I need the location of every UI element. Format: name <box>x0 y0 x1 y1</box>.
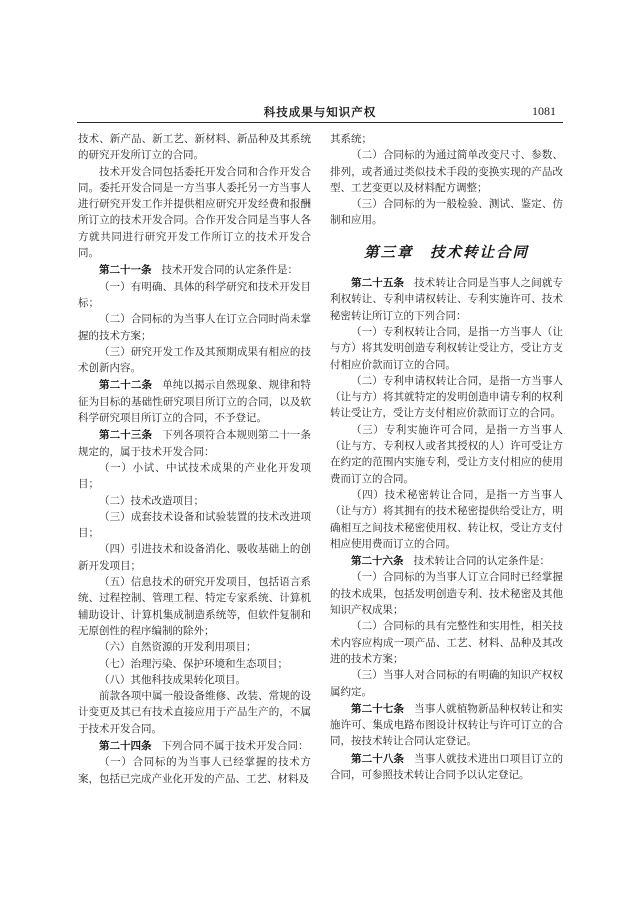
article-paragraph: 第二十六条技术转让合同的认定条件是： <box>330 553 563 570</box>
article-number: 第二十一条 <box>99 264 152 276</box>
body-paragraph: （一）有明确、具体的科学研究和技术开发目标； <box>78 280 311 313</box>
body-paragraph: （七）治理污染、保护环境和生态项目； <box>78 657 311 673</box>
body-paragraph: （二）合同标的为通过简单改变尺寸、参数、排列，或者通过类似技术手段的变换实现的产… <box>330 148 563 197</box>
article-number: 第二十二条 <box>99 379 152 391</box>
body-paragraph: 技术、新产品、新工艺、新材料、新品种及其系统的研究开发所订立的合同。 <box>78 132 311 165</box>
body-paragraph: （二）合同标的具有完整性和实用性，相关技术内容应构成一项产品、工艺、材料、品种及… <box>330 619 563 668</box>
article-number: 第二十八条 <box>351 753 404 765</box>
body-paragraph: （四）引进技术和设备消化、吸收基础上的创新开发项目； <box>78 542 311 575</box>
left-text-column: 技术、新产品、新工艺、新材料、新品种及其系统的研究开发所订立的合同。技术开发合同… <box>78 132 311 788</box>
article-paragraph: 第二十四条下列合同不属于技术开发合同： <box>78 738 311 755</box>
body-paragraph: （四）技术秘密转让合同，是指一方当事人（让与方）将其拥有的技术秘密提供给受让方，… <box>330 488 563 553</box>
book-page: 科技成果与知识产权 1081 技术、新产品、新工艺、新材料、新品种及其系统的研究… <box>0 0 640 906</box>
body-paragraph: （二）技术改造项目； <box>78 494 311 510</box>
body-paragraph: （一）小试、中试技术成果的产业化开发项目； <box>78 461 311 494</box>
article-number: 第二十六条 <box>351 555 404 567</box>
right-text-column: 其系统；（二）合同标的为通过简单改变尺寸、参数、排列，或者通过类似技术手段的变换… <box>330 132 563 784</box>
article-number: 第二十七条 <box>351 703 404 715</box>
article-paragraph: 第二十一条技术开发合同的认定条件是： <box>78 262 311 279</box>
body-paragraph: （五）信息技术的研究开发项目，包括语言系统、过程控制、管理工程、特定专家系统、计… <box>78 575 311 640</box>
article-paragraph: 第二十五条技术转让合同是当事人之间就专利权转让、专利申请权转让、专利实施许可、技… <box>330 275 563 325</box>
body-paragraph: （一）专利权转让合同，是指一方当事人（让与方）将其发明创造专利权转让受让方，受让… <box>330 325 563 374</box>
article-number: 第二十三条 <box>99 429 152 441</box>
body-paragraph: 前款各项中属一般设备维修、改装、常规的设计变更及其已有技术直接应用于产品生产的，… <box>78 689 311 738</box>
body-paragraph: （三）当事人对合同标的有明确的知识产权权属约定。 <box>330 668 563 701</box>
body-paragraph: （三）专利实施许可合同，是指一方当事人（让与方、专利权人或者其授权的人）许可受让… <box>330 423 563 488</box>
body-paragraph: （二）合同标的为当事人在订立合同时尚未掌握的技术方案； <box>78 312 311 345</box>
body-paragraph: 技术开发合同包括委托开发合同和合作开发合同。委托开发合同是一方当事人委托另一方当… <box>78 165 311 263</box>
body-paragraph: （三）成套技术设备和试验装置的技术改进项目； <box>78 510 311 543</box>
body-paragraph: （六）自然资源的开发利用项目； <box>78 640 311 656</box>
article-number: 第二十四条 <box>99 740 152 752</box>
chapter-heading: 第三章 技术转让合同 <box>330 245 563 261</box>
body-paragraph: （三）研究开发工作及其预期成果有相应的技术创新内容。 <box>78 345 311 378</box>
article-number: 第二十五条 <box>351 277 404 289</box>
page-number: 1081 <box>532 104 556 119</box>
body-paragraph: 其系统； <box>330 132 563 148</box>
header-rule <box>77 122 563 123</box>
body-paragraph: （一）合同标的为当事人已经掌握的技术方案，包括已完成产业化开发的产品、工艺、材料… <box>78 755 311 788</box>
article-paragraph: 第二十三条下列各项符合本规则第二十一条规定的，属于技术开发合同： <box>78 427 311 461</box>
article-paragraph: 第二十八条当事人就技术进出口项目订立的合同，可参照技术转让合同予以认定登记。 <box>330 751 563 785</box>
body-paragraph: （二）专利申请权转让合同，是指一方当事人（让与方）将其就特定的发明创造申请专利的… <box>330 374 563 423</box>
body-paragraph: （三）合同标的为一般检验、测试、鉴定、仿制和应用。 <box>330 197 563 230</box>
running-head-title: 科技成果与知识产权 <box>78 104 562 120</box>
body-paragraph: （一）合同标的为当事人订立合同时已经掌握的技术成果，包括发明创造专利、技术秘密及… <box>330 570 563 619</box>
body-paragraph: （八）其他科技成果转化项目。 <box>78 673 311 689</box>
article-paragraph: 第二十二条单纯以揭示自然现象、规律和特征为目标的基础性研究项目所订立的合同，以及… <box>78 377 311 427</box>
article-paragraph: 第二十七条当事人就植物新品种权转让和实施许可、集成电路布图设计权转让与许可订立的… <box>330 701 563 751</box>
